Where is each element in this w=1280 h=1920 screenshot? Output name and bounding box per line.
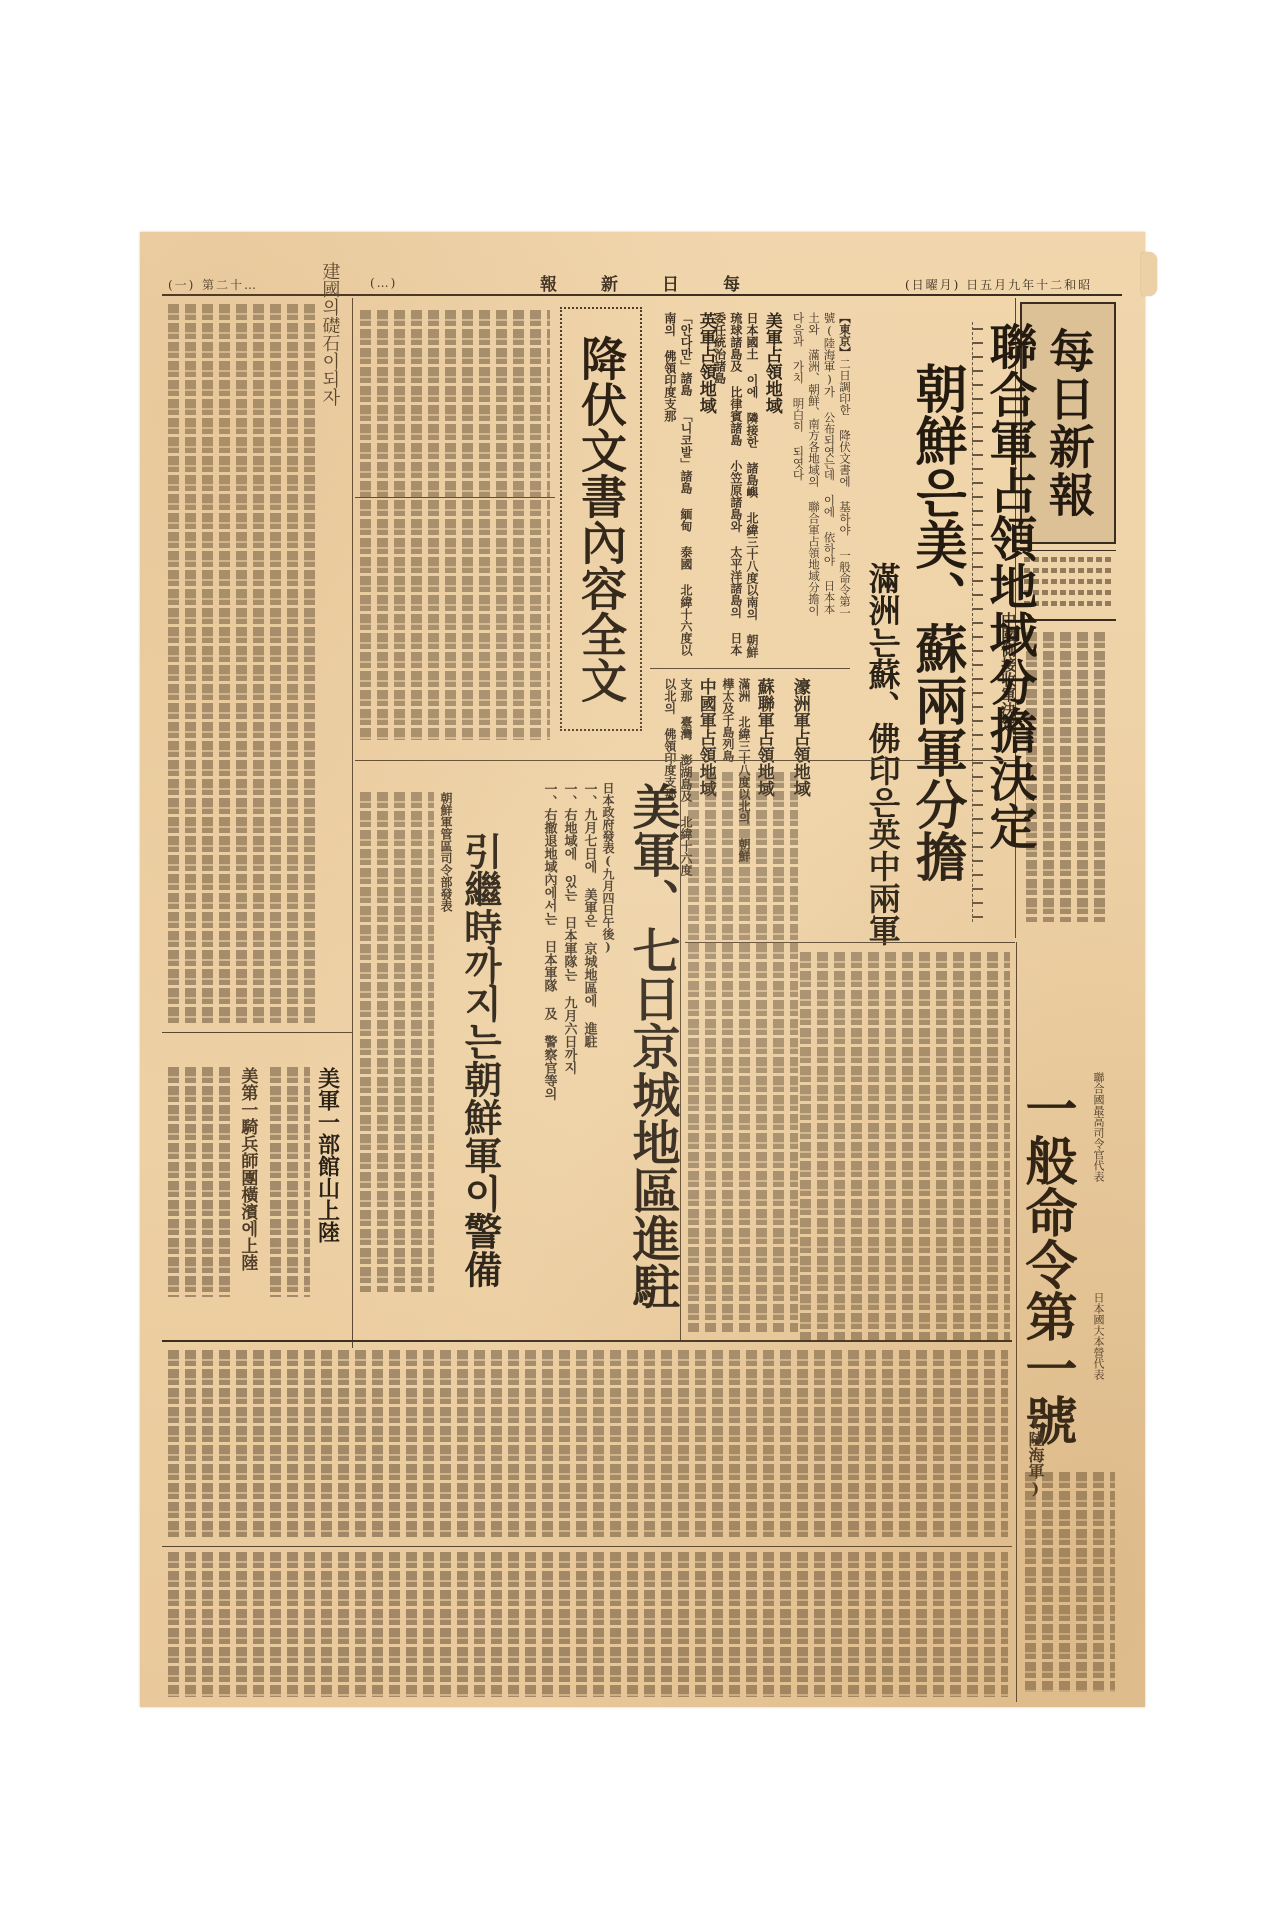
lead-kicker: 聯合軍占領地域分擔決定	[984, 322, 1033, 850]
bottom-band-divider	[162, 1546, 1012, 1547]
lead-dateline: 【東京】	[838, 312, 852, 358]
zone-title-us: 美軍占領地域	[762, 312, 781, 414]
zone-text-uk: 「안다만」諸島 「니코발」諸島 緬甸 泰國 北緯十六度以南의 佛領印度支那	[654, 312, 694, 662]
left-column-text	[168, 304, 316, 1024]
page-number: (一)	[168, 276, 195, 293]
bottom-band-rule	[162, 1340, 1012, 1342]
side-story-text	[1026, 632, 1106, 922]
seoul-source-name: 日本政府發表	[601, 782, 615, 854]
lead-lede: 【東京】二日調印한 降伏文書에 基하야 一般命令第一號(陸海軍)가 公布되엿는데…	[796, 312, 852, 622]
guard-source: 朝鮮軍管區司令部發表	[438, 792, 455, 912]
section-divider-mid	[355, 760, 1015, 761]
guard-text	[360, 792, 434, 1292]
landing-text-2	[168, 1067, 232, 1297]
landing-text-1	[270, 1067, 310, 1297]
surrender-divider	[355, 497, 555, 498]
folio-date-left: 第二十…	[202, 276, 258, 293]
general-order-rule	[1016, 942, 1017, 1702]
seoul-point-1: 一、九月七日에 美軍은 京城地區에 進駐	[580, 782, 598, 1162]
landing-headline-1: 美軍一部館山上陸	[316, 1067, 338, 1243]
surrender-text	[360, 310, 550, 740]
lead-headline: 朝鮮은美、蘇兩軍分擔	[910, 362, 963, 882]
general-order-subnote-1: 聯合國最高司令官代表	[1090, 1072, 1106, 1182]
surrender-headline-box: 降伏文書內容全文	[560, 307, 642, 731]
left-column-headline: 建國의礎石이되자	[320, 262, 338, 406]
zone-title-uk: 英軍占領地域	[696, 312, 715, 414]
zone-text-us: 日本國土 이에 隣接한 諸島嶼 北緯三十八度以南의 朝鮮 琉球諸島及 比律賓諸島…	[720, 312, 760, 662]
right-text-block	[800, 952, 1010, 1342]
general-order-subnote-2: 日本國大本營代表	[1090, 1292, 1106, 1380]
guard-headline: 引繼時까지는朝鮮軍이警備	[460, 832, 499, 1288]
seoul-headline: 美軍、七日京城地區進駐	[627, 782, 676, 1310]
landing-headline-2: 美第一騎兵師團橫濱에上陸	[238, 1067, 255, 1271]
mid-divider	[685, 942, 1015, 943]
column-rule-left	[352, 298, 353, 1348]
folio-date-right: (日曜月) 日五月九年十二和昭	[905, 276, 1092, 293]
surrender-headline: 降伏文書內容全文	[568, 335, 634, 703]
general-order-headline: 一般命令第一號	[1020, 1082, 1073, 1446]
masthead-title: 每日新報	[1043, 327, 1093, 519]
zone-divider	[650, 668, 850, 669]
torn-edge	[1141, 252, 1157, 296]
column-rule-mid	[680, 762, 681, 1342]
folio-rule	[162, 294, 1122, 296]
bottom-text-lower	[168, 1552, 1008, 1697]
bottom-text-upper	[168, 1350, 1008, 1540]
wavy-rule	[972, 322, 983, 922]
seoul-point-3: 一、右撤退地域內에서는 日本軍隊 及 警察官等의	[540, 782, 558, 1162]
folio-center-note: (…)	[370, 276, 397, 290]
mid-text-block	[688, 772, 798, 1332]
seoul-source-date: (九月四日午後)	[601, 854, 615, 954]
seoul-point-2: 一、右地域에 있는 日本軍隊는 九月六日까지	[560, 782, 578, 1162]
lead-lede-text: 二日調印한 降伏文書에 基하야 一般命令第一號(陸海軍)가 公布되엿는데 이에 …	[791, 312, 852, 619]
folio-paper-name: 報新日每	[540, 270, 784, 295]
newspaper-page: (一) 第二十… (…) 報新日每 (日曜月) 日五月九年十二和昭 每日新報 中…	[140, 232, 1145, 1707]
general-order-text	[1025, 1472, 1115, 1692]
left-column-divider	[162, 1032, 352, 1033]
lead-subheadline: 滿洲는蘇、佛印은英中兩軍	[866, 562, 899, 946]
seoul-source: 日本政府發表(九月四日午後)	[600, 782, 617, 954]
